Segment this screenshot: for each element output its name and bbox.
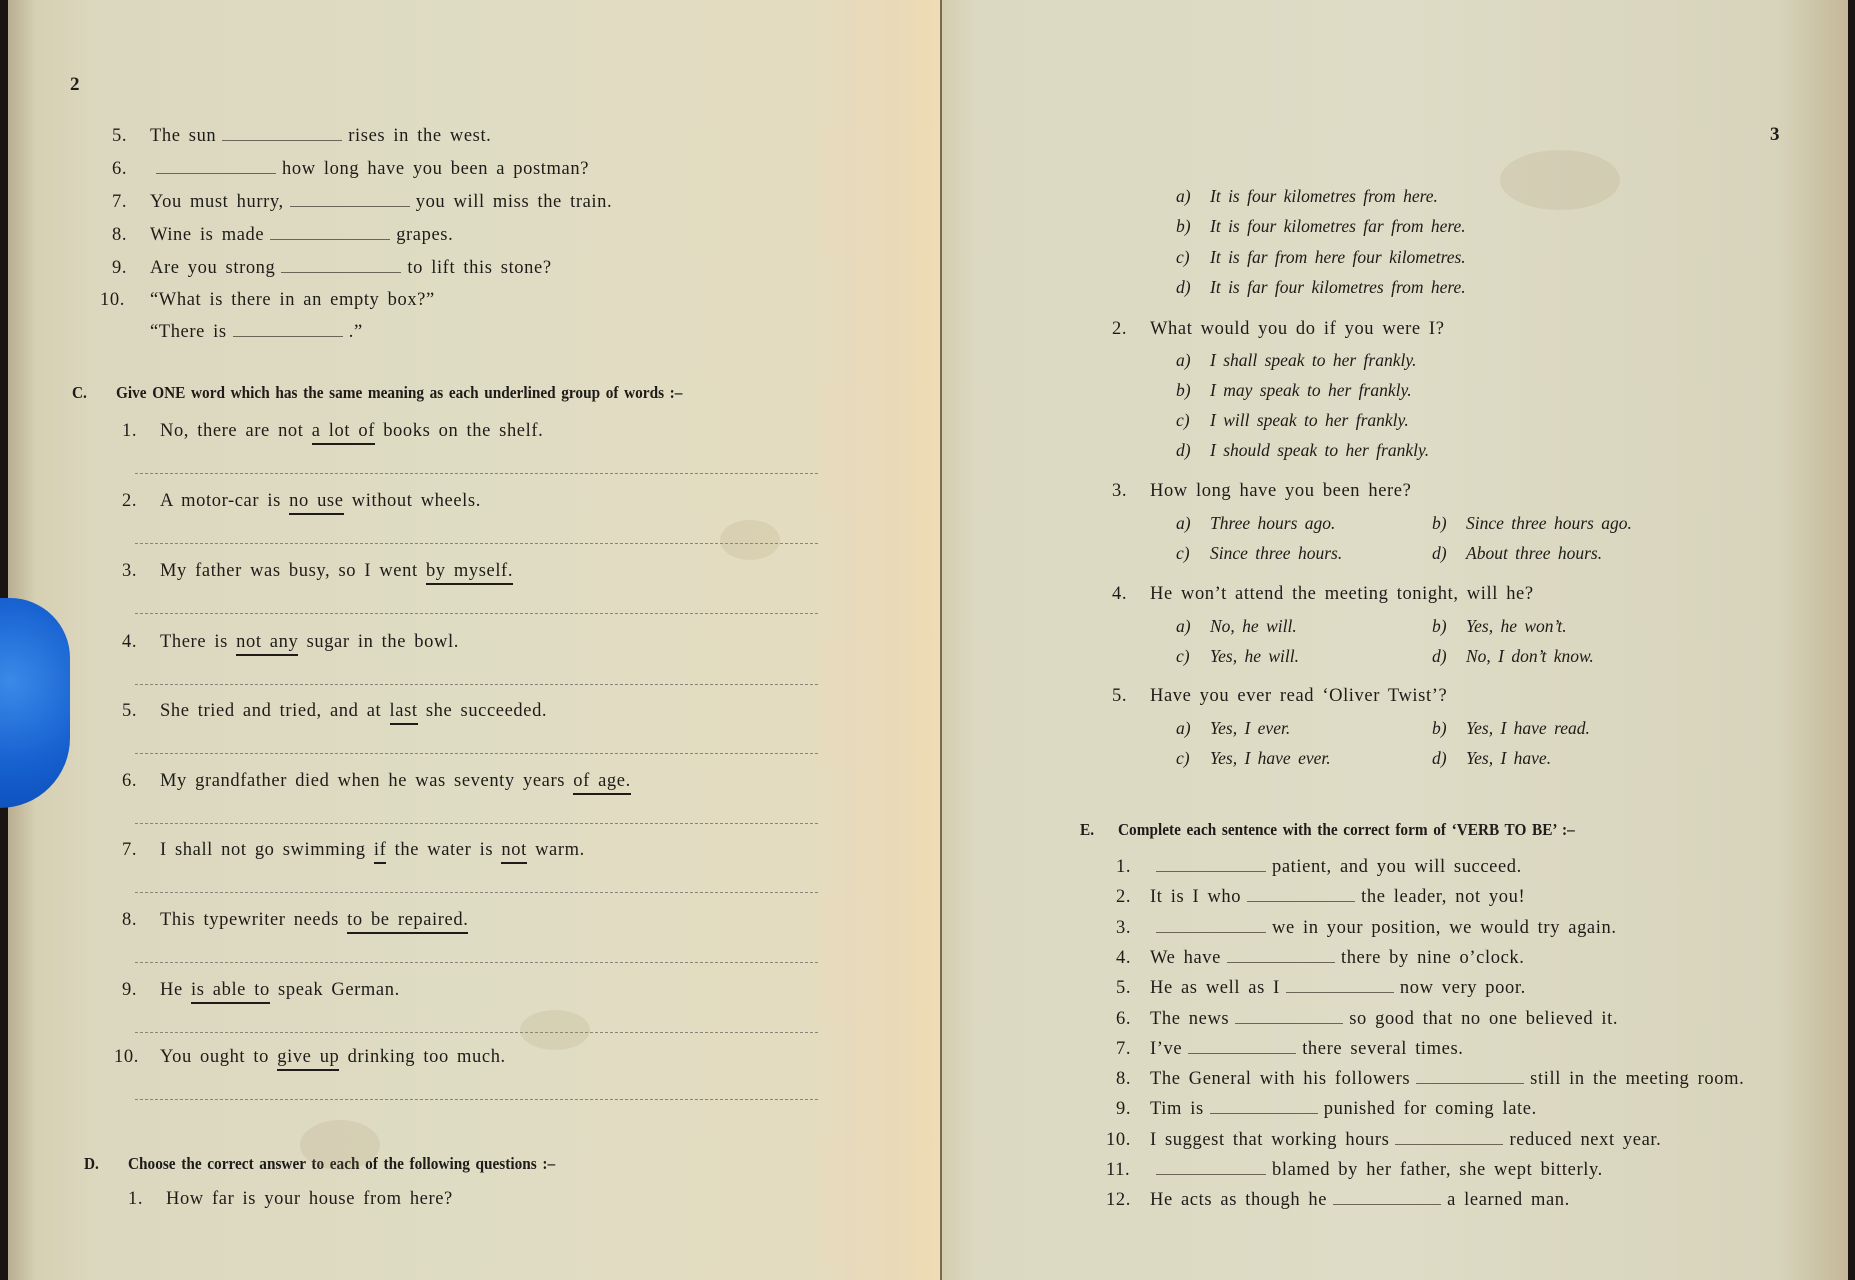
answer-option[interactable]: b)I may speak to her frankly.	[1176, 380, 1412, 401]
question-number: 1.	[122, 421, 137, 442]
question-line: I shall not go swimming if the water is …	[160, 840, 585, 861]
text-before: You must hurry,	[150, 192, 284, 212]
question-line: There is not any sugar in the bowl.	[160, 632, 459, 653]
blank-line[interactable]	[1156, 1160, 1266, 1175]
question-line: No, there are not a lot of books on the …	[160, 421, 543, 442]
text-before: We have	[1150, 948, 1221, 968]
question-number: 4.	[1116, 948, 1131, 969]
question-line: My grandfather died when he was seventy …	[160, 771, 631, 792]
option-text: I may speak to her frankly.	[1210, 380, 1412, 400]
answer-option[interactable]: d)No, I don’t know.	[1432, 646, 1594, 667]
text-after: a learned man.	[1447, 1190, 1570, 1210]
text-before: The sun	[150, 126, 216, 146]
text-middle: the water is	[395, 840, 493, 860]
answer-option[interactable]: c)Since three hours.	[1176, 543, 1342, 564]
text-before: No, there are not	[160, 421, 304, 441]
option-letter: a)	[1176, 513, 1210, 534]
question-number: 4.	[122, 632, 137, 653]
text-before: My father was busy, so I went	[160, 561, 418, 581]
question-number: 8.	[112, 225, 127, 246]
answer-option[interactable]: b)Since three hours ago.	[1432, 513, 1632, 534]
text-after: without wheels.	[352, 491, 481, 511]
text-before: It is I who	[1150, 887, 1241, 907]
text-after: grapes.	[396, 225, 453, 245]
blank-line[interactable]	[233, 322, 343, 337]
answer-option[interactable]: c)I will speak to her frankly.	[1176, 410, 1409, 431]
paper-stain	[1500, 150, 1620, 210]
question-number: 1.	[128, 1189, 143, 1210]
question-number: 12.	[1106, 1190, 1131, 1211]
question-line: how long have you been a postman?	[150, 159, 589, 180]
question-line: blamed by her father, she wept bitterly.	[1150, 1160, 1603, 1181]
blank-line[interactable]	[1395, 1130, 1503, 1145]
blank-line[interactable]	[222, 126, 342, 141]
answer-option[interactable]: d)About three hours.	[1432, 543, 1602, 564]
text-after: books on the shelf.	[383, 421, 543, 441]
question-text: How far is your house from here?	[166, 1189, 453, 1210]
question-number: 5.	[112, 126, 127, 147]
option-text: About three hours.	[1466, 543, 1602, 563]
text-before: He	[160, 980, 183, 1000]
text-before: This typewriter needs	[160, 910, 339, 930]
option-text: It is far four kilometres from here.	[1210, 277, 1466, 297]
question-line: He acts as though hea learned man.	[1150, 1190, 1570, 1211]
answer-option[interactable]: d)I should speak to her frankly.	[1176, 440, 1429, 461]
text-before: You ought to	[160, 1047, 269, 1067]
blank-line[interactable]	[1188, 1039, 1296, 1054]
question-number: 2.	[122, 491, 137, 512]
blank-line[interactable]	[1416, 1069, 1524, 1084]
answer-line[interactable]	[135, 1099, 818, 1100]
text-before: There is	[160, 632, 228, 652]
book-spine	[940, 0, 942, 1280]
text-before: She tried and tried, and at	[160, 701, 381, 721]
text-before: Wine is made	[150, 225, 264, 245]
question-number: 5.	[122, 701, 137, 722]
option-text: Yes, I have read.	[1466, 718, 1590, 738]
text-before: I suggest that working hours	[1150, 1130, 1389, 1150]
text-after: to lift this stone?	[407, 258, 551, 278]
blank-line[interactable]	[1286, 978, 1394, 993]
question-number: 11.	[1106, 1160, 1130, 1181]
answer-option[interactable]: a)No, he will.	[1176, 616, 1297, 637]
option-text: Since three hours.	[1210, 543, 1342, 563]
answer-line[interactable]	[135, 823, 818, 824]
blank-line[interactable]	[1247, 887, 1355, 902]
answer-option[interactable]: c)Yes, he will.	[1176, 646, 1299, 667]
answer-option[interactable]: a)I shall speak to her frankly.	[1176, 350, 1417, 371]
question-number: 2.	[1112, 319, 1127, 340]
option-letter: b)	[1432, 616, 1466, 637]
underlined-phrase: no use	[289, 491, 343, 515]
page-number-right: 3	[1770, 124, 1780, 146]
option-text: It is four kilometres from here.	[1210, 186, 1438, 206]
blank-line[interactable]	[1235, 1009, 1343, 1024]
answer-option[interactable]: d)It is far four kilometres from here.	[1176, 277, 1466, 298]
option-text: Since three hours ago.	[1466, 513, 1632, 533]
text-after: still in the meeting room.	[1530, 1069, 1744, 1089]
blank-line[interactable]	[1156, 918, 1266, 933]
section-c-letter: C.	[72, 383, 87, 403]
question-number: 7.	[112, 192, 127, 213]
text-after: sugar in the bowl.	[307, 632, 459, 652]
option-text: Yes, I have.	[1466, 748, 1551, 768]
option-letter: a)	[1176, 718, 1210, 739]
option-letter: a)	[1176, 186, 1210, 207]
question-text: “What is there in an empty box?”	[150, 290, 435, 311]
question-line: Tim ispunished for coming late.	[1150, 1099, 1537, 1120]
question-line: patient, and you will succeed.	[1150, 857, 1522, 878]
question-number: 10.	[100, 290, 125, 311]
option-letter: d)	[1432, 646, 1466, 667]
question-line: She tried and tried, and at last she suc…	[160, 701, 547, 722]
answer-line[interactable]	[135, 753, 818, 754]
question-line: Are you strongto lift this stone?	[150, 258, 552, 279]
section-c-instruction: Give ONE word which has the same meaning…	[116, 383, 682, 403]
text-before: The General with his followers	[1150, 1069, 1410, 1089]
underlined-phrase: of age.	[573, 771, 631, 795]
question-text: Have you ever read ‘Oliver Twist’?	[1150, 686, 1447, 707]
text-after: the leader, not you!	[1361, 887, 1525, 907]
question-number: 6.	[112, 159, 127, 180]
text-after: blamed by her father, she wept bitterly.	[1272, 1160, 1603, 1180]
text-before: The news	[1150, 1009, 1229, 1029]
question-number: 9.	[122, 980, 137, 1001]
underlined-phrase: a lot of	[312, 421, 375, 445]
option-text: It is four kilometres far from here.	[1210, 216, 1466, 236]
option-letter: d)	[1432, 543, 1466, 564]
question-line: Wine is madegrapes.	[150, 225, 453, 246]
option-letter: b)	[1176, 380, 1210, 401]
question-text: What would you do if you were I?	[1150, 319, 1445, 340]
text-after: you will miss the train.	[416, 192, 613, 212]
option-text: No, he will.	[1210, 616, 1297, 636]
question-number: 1.	[1116, 857, 1131, 878]
underlined-phrase: to be repaired.	[347, 910, 468, 934]
answer-line[interactable]	[135, 1032, 818, 1033]
blank-line[interactable]	[1333, 1190, 1441, 1205]
question-line: My father was busy, so I went by myself.	[160, 561, 513, 582]
question-number: 8.	[122, 910, 137, 931]
question-line: This typewriter needs to be repaired.	[160, 910, 468, 931]
paper-stain	[520, 1010, 590, 1050]
underlined-phrase: last	[390, 701, 418, 725]
section-e-letter: E.	[1080, 820, 1094, 840]
text-after: now very poor.	[1400, 978, 1526, 998]
option-letter: c)	[1176, 247, 1210, 268]
option-letter: c)	[1176, 646, 1210, 667]
text-after: warm.	[535, 840, 585, 860]
question-line: You must hurry,you will miss the train.	[150, 192, 612, 213]
option-text: Yes, I have ever.	[1210, 748, 1331, 768]
option-letter: d)	[1176, 440, 1210, 461]
option-letter: b)	[1432, 513, 1466, 534]
question-number: 4.	[1112, 584, 1127, 605]
question-line: I suggest that working hoursreduced next…	[1150, 1130, 1661, 1151]
question-line: I’vethere several times.	[1150, 1039, 1464, 1060]
option-letter: c)	[1176, 543, 1210, 564]
answer-option[interactable]: d)Yes, I have.	[1432, 748, 1551, 769]
question-line: It is I whothe leader, not you!	[1150, 887, 1525, 908]
option-text: I should speak to her frankly.	[1210, 440, 1429, 460]
answer-option[interactable]: a)Yes, I ever.	[1176, 718, 1290, 739]
text-before: I shall not go swimming	[160, 840, 366, 860]
paper-stain	[720, 520, 780, 560]
question-line: The newsso good that no one believed it.	[1150, 1009, 1618, 1030]
answer-line[interactable]	[135, 473, 818, 474]
text-after: drinking too much.	[348, 1047, 506, 1067]
text-before: “There is	[150, 322, 227, 342]
question-line: He is able to speak German.	[160, 980, 400, 1001]
answer-option[interactable]: c)Yes, I have ever.	[1176, 748, 1331, 769]
text-before: Are you strong	[150, 258, 275, 278]
option-letter: c)	[1176, 410, 1210, 431]
text-after: .”	[349, 322, 363, 342]
question-number: 7.	[1116, 1039, 1131, 1060]
blank-line[interactable]	[290, 192, 410, 207]
section-e-instruction: Complete each sentence with the correct …	[1118, 820, 1575, 840]
option-text: Yes, he will.	[1210, 646, 1299, 666]
question-line: He as well as Inow very poor.	[1150, 978, 1526, 999]
question-number: 2.	[1116, 887, 1131, 908]
text-before: Tim is	[1150, 1099, 1204, 1119]
option-letter: c)	[1176, 748, 1210, 769]
option-letter: d)	[1432, 748, 1466, 769]
question-number: 10.	[1106, 1130, 1131, 1151]
question-number: 9.	[1116, 1099, 1131, 1120]
answer-option[interactable]: b)Yes, he won’t.	[1432, 616, 1567, 637]
option-letter: b)	[1176, 216, 1210, 237]
question-text: How long have you been here?	[1150, 481, 1411, 502]
answer-line[interactable]	[135, 962, 818, 963]
paper-stain	[300, 1120, 380, 1170]
option-text: Yes, he won’t.	[1466, 616, 1567, 636]
blank-line[interactable]	[1156, 857, 1266, 872]
text-after: she succeeded.	[426, 701, 547, 721]
question-number: 6.	[1116, 1009, 1131, 1030]
underlined-phrase-2: not	[501, 840, 526, 864]
question-line: The sunrises in the west.	[150, 126, 491, 147]
answer-option[interactable]: a)It is four kilometres from here.	[1176, 186, 1438, 207]
blank-line[interactable]	[1227, 948, 1335, 963]
question-line: A motor-car is no use without wheels.	[160, 491, 481, 512]
text-after: there by nine o’clock.	[1341, 948, 1525, 968]
option-text: I will speak to her frankly.	[1210, 410, 1409, 430]
option-text: Yes, I ever.	[1210, 718, 1290, 738]
text-before: My grandfather died when he was seventy …	[160, 771, 565, 791]
question-number: 5.	[1112, 686, 1127, 707]
text-after: we in your position, we would try again.	[1272, 918, 1617, 938]
answer-line[interactable]	[135, 543, 818, 544]
question-text: He won’t attend the meeting tonight, wil…	[1150, 584, 1534, 605]
option-text: I shall speak to her frankly.	[1210, 350, 1417, 370]
section-d-letter: D.	[84, 1154, 99, 1174]
text-before: A motor-car is	[160, 491, 281, 511]
question-number: 3.	[122, 561, 137, 582]
question-line: The General with his followersstill in t…	[1150, 1069, 1744, 1090]
text-after: punished for coming late.	[1324, 1099, 1537, 1119]
option-letter: a)	[1176, 616, 1210, 637]
text-before: He as well as I	[1150, 978, 1280, 998]
underlined-phrase: if	[374, 840, 387, 864]
underlined-phrase: not any	[236, 632, 298, 656]
answer-line[interactable]	[135, 684, 818, 685]
text-after: reduced next year.	[1509, 1130, 1661, 1150]
text-after: there several times.	[1302, 1039, 1463, 1059]
question-number: 9.	[112, 258, 127, 279]
text-after: rises in the west.	[348, 126, 491, 146]
question-number: 3.	[1116, 918, 1131, 939]
option-text: No, I don’t know.	[1466, 646, 1594, 666]
option-text: It is far from here four kilometres.	[1210, 247, 1466, 267]
text-before: He acts as though he	[1150, 1190, 1327, 1210]
underlined-phrase: give up	[277, 1047, 339, 1071]
option-letter: a)	[1176, 350, 1210, 371]
question-text-line2: “There is.”	[150, 322, 363, 343]
question-line: we in your position, we would try again.	[1150, 918, 1617, 939]
blank-line[interactable]	[270, 225, 390, 240]
text-after: speak German.	[278, 980, 400, 1000]
question-number: 8.	[1116, 1069, 1131, 1090]
answer-option[interactable]: c)It is far from here four kilometres.	[1176, 247, 1466, 268]
question-line: We havethere by nine o’clock.	[1150, 948, 1524, 969]
blank-line[interactable]	[281, 258, 401, 273]
blank-line[interactable]	[1210, 1099, 1318, 1114]
answer-option[interactable]: a)Three hours ago.	[1176, 513, 1335, 534]
option-letter: b)	[1432, 718, 1466, 739]
text-after: how long have you been a postman?	[282, 159, 589, 179]
blank-line[interactable]	[156, 159, 276, 174]
answer-option[interactable]: b)It is four kilometres far from here.	[1176, 216, 1466, 237]
answer-line[interactable]	[135, 613, 818, 614]
text-after: so good that no one believed it.	[1349, 1009, 1618, 1029]
question-number: 7.	[122, 840, 137, 861]
question-number: 3.	[1112, 481, 1127, 502]
text-before: I’ve	[1150, 1039, 1182, 1059]
question-line: You ought to give up drinking too much.	[160, 1047, 506, 1068]
question-number: 10.	[114, 1047, 139, 1068]
page-number-left: 2	[70, 74, 80, 96]
question-number: 6.	[122, 771, 137, 792]
text-after: patient, and you will succeed.	[1272, 857, 1522, 877]
question-number: 5.	[1116, 978, 1131, 999]
underlined-phrase: is able to	[191, 980, 270, 1004]
option-text: Three hours ago.	[1210, 513, 1335, 533]
answer-line[interactable]	[135, 892, 818, 893]
underlined-phrase: by myself.	[426, 561, 513, 585]
answer-option[interactable]: b)Yes, I have read.	[1432, 718, 1590, 739]
option-letter: d)	[1176, 277, 1210, 298]
